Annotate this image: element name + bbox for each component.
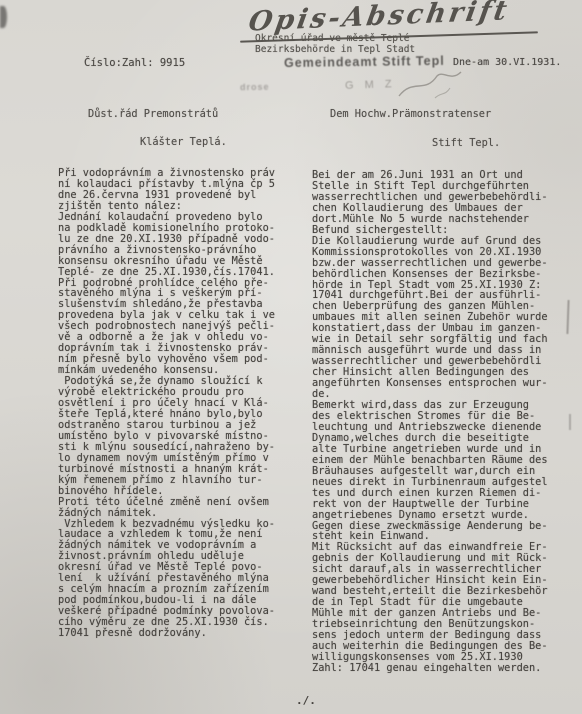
office-name-czech: Okresní úřad ve městě Teplé: [255, 33, 409, 44]
faint-stamp-left: drose: [240, 82, 270, 93]
body-column-czech: Při vodoprávním a živnostensko práv ní k…: [58, 168, 304, 639]
handwritten-flourish: [395, 68, 465, 102]
scanned-document-page: Opis-Abschrift Okresní úřad ve městě Tep…: [0, 0, 582, 714]
addressee-german-line1: Dem Hochw.Prämonstratenser: [330, 108, 491, 120]
page-continuation-mark: ./.: [296, 694, 316, 707]
addressee-czech-line1: Důst.řád Premonstrátů: [88, 108, 218, 120]
document-number: Číslo:Zahl: 9915: [84, 57, 185, 69]
scan-edge-smudge: [0, 6, 7, 28]
document-date: Dne-am 30.VI.1931.: [453, 57, 561, 68]
addressee-german-line2: Stift Tepl.: [432, 137, 500, 149]
addressee-czech-line2: Klášter Teplá.: [140, 136, 227, 148]
faint-stamp-center: G M Z: [345, 78, 396, 92]
issuing-office: Okresní úřad ve městě Teplé Bezirksbehör…: [255, 33, 415, 55]
pencil-margin-mark-2: [569, 414, 571, 430]
office-name-german: Bezirksbehörde in Tepl Stadt: [255, 44, 415, 55]
body-column-german: Bei der am 26.Juni 1931 an Ort und Stell…: [312, 170, 572, 674]
